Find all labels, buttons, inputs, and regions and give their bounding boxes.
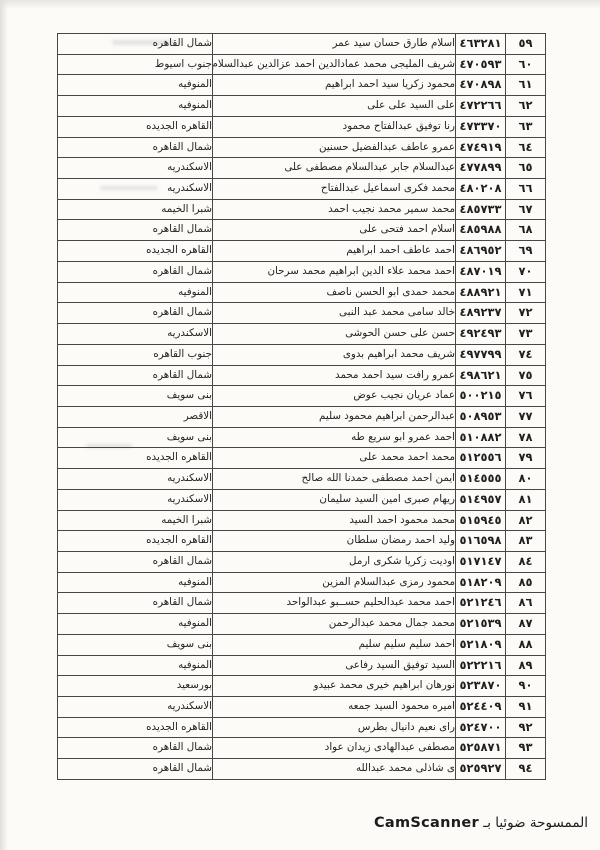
table-row: ٧٤٤٩٧٧٩٩شريف محمد ابراهيم بدوىجنوب القاه… xyxy=(58,344,546,365)
region-cell: المنوفيه xyxy=(58,96,213,117)
id-number-cell: ٥١٥٩٤٥ xyxy=(456,510,506,531)
name-cell: السيد توفيق السيد رفاعى xyxy=(213,655,456,676)
row-number-cell: ٨١ xyxy=(506,489,546,510)
id-number-cell: ٤٩٨٦٢١ xyxy=(456,365,506,386)
table-row: ٨٤٥١٧١٤٧اوديت زكريا شكرى ارملشمال القاهر… xyxy=(58,551,546,572)
name-cell: احمد محمد عبدالحليم حســبو عبدالواحد xyxy=(213,593,456,614)
table-row: ٧٩٥١٢٥٥٦محمد احمد محمد علىالقاهره الجديد… xyxy=(58,448,546,469)
camscanner-footer: الممسوحة ضوئيا بـ CamScanner xyxy=(374,815,588,831)
row-number-cell: ٨٥ xyxy=(506,572,546,593)
id-number-cell: ٥٠٠٢١٥ xyxy=(456,386,506,407)
table-row: ٩٢٥٢٤٧٠٠راى نعيم دانيال بطرسالقاهره الجد… xyxy=(58,717,546,738)
row-number-cell: ٥٩ xyxy=(506,34,546,55)
region-cell: شمال القاهره xyxy=(58,137,213,158)
id-number-cell: ٤٨٦٩٥٢ xyxy=(456,241,506,262)
id-number-cell: ٥٢٥٨٧١ xyxy=(456,738,506,759)
region-cell: شبرا الخيمه xyxy=(58,510,213,531)
name-cell: عمرو رافت سيد احمد محمد xyxy=(213,365,456,386)
table-row: ٩٠٥٢٣٨٧٠نورهان ابراهيم خيرى محمد عبيدوبو… xyxy=(58,676,546,697)
region-cell: القاهره الجديده xyxy=(58,448,213,469)
name-cell: اسلام طارق حسان سيد عمر xyxy=(213,34,456,55)
region-cell: شمال القاهره xyxy=(58,759,213,780)
table-row: ٦٥٤٧٧٨٩٩عبدالسلام جابر عبدالسلام مصطفى ع… xyxy=(58,158,546,179)
region-cell: المنوفيه xyxy=(58,614,213,635)
region-cell: الاسكندريه xyxy=(58,179,213,200)
table-row: ٦٦٤٨٠٢٠٨محمد فكرى اسماعيل عبدالفتاحالاسك… xyxy=(58,179,546,200)
region-cell: القاهره الجديده xyxy=(58,717,213,738)
name-cell: خالد سامى محمد عبد النبى xyxy=(213,303,456,324)
name-cell: محمود رمزى عبدالسلام المزين xyxy=(213,572,456,593)
table-row: ٧١٤٨٨٩٢١محمد حمدى ابو الحسن ناصفالمنوفيه xyxy=(58,282,546,303)
id-number-cell: ٥١٦٥٩٨ xyxy=(456,531,506,552)
region-cell: شمال القاهره xyxy=(58,738,213,759)
row-number-cell: ٧٧ xyxy=(506,406,546,427)
id-number-cell: ٥١٠٨٨٢ xyxy=(456,427,506,448)
row-number-cell: ٨٨ xyxy=(506,634,546,655)
table-row: ٧٢٤٨٩٢٣٧خالد سامى محمد عبد النبىشمال الق… xyxy=(58,303,546,324)
table-row: ٦٢٤٧٢٢٦٦على السيد على علىالمنوفيه xyxy=(58,96,546,117)
id-number-cell: ٤٧٧٨٩٩ xyxy=(456,158,506,179)
row-number-cell: ٦٢ xyxy=(506,96,546,117)
roster-table: ٥٩٤٦٣٢٨١اسلام طارق حسان سيد عمرشمال القا… xyxy=(57,33,546,780)
name-cell: اوديت زكريا شكرى ارمل xyxy=(213,551,456,572)
name-cell: على السيد على على xyxy=(213,96,456,117)
row-number-cell: ٨٤ xyxy=(506,551,546,572)
table-row: ٧٦٥٠٠٢١٥عماد عريان نجيب عوضبنى سويف xyxy=(58,386,546,407)
id-number-cell: ٥٢١٢٤٦ xyxy=(456,593,506,614)
scanned-page: ٥٩٤٦٣٢٨١اسلام طارق حسان سيد عمرشمال القا… xyxy=(0,0,600,850)
region-cell: القاهره الجديده xyxy=(58,531,213,552)
row-number-cell: ٧٠ xyxy=(506,261,546,282)
name-cell: ايمن احمد مصطفى حمدنا الله صالح xyxy=(213,469,456,490)
region-cell: المنوفيه xyxy=(58,655,213,676)
name-cell: محمود زكريا سيد احمد ابراهيم xyxy=(213,75,456,96)
table-row: ٨٦٥٢١٢٤٦احمد محمد عبدالحليم حســبو عبدال… xyxy=(58,593,546,614)
name-cell: احمد سليم سليم سليم xyxy=(213,634,456,655)
row-number-cell: ٧٣ xyxy=(506,324,546,345)
region-cell: الاسكندريه xyxy=(58,469,213,490)
table-row: ٦٧٤٨٥٧٣٣محمد سمير محمد نجيب احمدشبرا الخ… xyxy=(58,199,546,220)
region-cell: شمال القاهره xyxy=(58,593,213,614)
id-number-cell: ٥٢٣٨٧٠ xyxy=(456,676,506,697)
id-number-cell: ٥٢١٥٣٩ xyxy=(456,614,506,635)
id-number-cell: ٥١٤٥٥٥ xyxy=(456,469,506,490)
table-row: ٧٠٤٨٧٠١٩احمد محمد علاء الدين ابراهيم محم… xyxy=(58,261,546,282)
scanned-with-label: الممسوحة ضوئيا بـ xyxy=(483,815,588,831)
name-cell: احمد عمرو ابو سريع طه xyxy=(213,427,456,448)
region-cell: الاسكندريه xyxy=(58,697,213,718)
table-row: ٨٥٥١٨٢٠٩محمود رمزى عبدالسلام المزينالمنو… xyxy=(58,572,546,593)
table-row: ٦٩٤٨٦٩٥٢احمد عاطف احمد ابراهيمالقاهره ال… xyxy=(58,241,546,262)
region-cell: شبرا الخيمه xyxy=(58,199,213,220)
id-number-cell: ٥١٤٩٥٧ xyxy=(456,489,506,510)
region-cell: شمال القاهره xyxy=(58,365,213,386)
name-cell: اسلام احمد فتحى على xyxy=(213,220,456,241)
row-number-cell: ٨٧ xyxy=(506,614,546,635)
region-cell: الاسكندريه xyxy=(58,324,213,345)
row-number-cell: ٦٥ xyxy=(506,158,546,179)
name-cell: شريف محمد ابراهيم بدوى xyxy=(213,344,456,365)
name-cell: ريهام صبرى امين السيد سليمان xyxy=(213,489,456,510)
table-row: ٨٠٥١٤٥٥٥ايمن احمد مصطفى حمدنا الله صالحا… xyxy=(58,469,546,490)
region-cell: جنوب القاهره xyxy=(58,344,213,365)
table-row: ٦٨٤٨٥٩٨٨اسلام احمد فتحى علىشمال القاهره xyxy=(58,220,546,241)
table-row: ٨٩٥٢٢٢١٦السيد توفيق السيد رفاعىالمنوفيه xyxy=(58,655,546,676)
table-row: ٧٨٥١٠٨٨٢احمد عمرو ابو سريع طهبنى سويف xyxy=(58,427,546,448)
region-cell: المنوفيه xyxy=(58,75,213,96)
name-cell: حسن على حسن الحوشى xyxy=(213,324,456,345)
name-cell: وليد احمد رمضان سلطان xyxy=(213,531,456,552)
id-number-cell: ٥٢٤٧٠٠ xyxy=(456,717,506,738)
region-cell: الاسكندريه xyxy=(58,158,213,179)
row-number-cell: ٨٢ xyxy=(506,510,546,531)
row-number-cell: ٩٢ xyxy=(506,717,546,738)
row-number-cell: ٩٠ xyxy=(506,676,546,697)
id-number-cell: ٤٨٥٩٨٨ xyxy=(456,220,506,241)
table-row: ٦٣٤٧٣٣٧٠رنا توفيق عبدالفتاح محمودالقاهره… xyxy=(58,116,546,137)
region-cell: شمال القاهره xyxy=(58,220,213,241)
table-row: ٨٢٥١٥٩٤٥محمد محمود احمد السيدشبرا الخيمه xyxy=(58,510,546,531)
name-cell: احمد محمد علاء الدين ابراهيم محمد سرحان xyxy=(213,261,456,282)
name-cell: محمد احمد محمد على xyxy=(213,448,456,469)
id-number-cell: ٤٨٥٧٣٣ xyxy=(456,199,506,220)
name-cell: اميره محمود السيد جمعه xyxy=(213,697,456,718)
name-cell: محمد فكرى اسماعيل عبدالفتاح xyxy=(213,179,456,200)
row-number-cell: ٧٩ xyxy=(506,448,546,469)
row-number-cell: ٨٩ xyxy=(506,655,546,676)
id-number-cell: ٤٧٣٣٧٠ xyxy=(456,116,506,137)
id-number-cell: ٥١٧١٤٧ xyxy=(456,551,506,572)
row-number-cell: ٨٦ xyxy=(506,593,546,614)
id-number-cell: ٥١٨٢٠٩ xyxy=(456,572,506,593)
name-cell: احمد عاطف احمد ابراهيم xyxy=(213,241,456,262)
row-number-cell: ٨٠ xyxy=(506,469,546,490)
row-number-cell: ٦٠ xyxy=(506,54,546,75)
table-row: ٦٠٤٧٠٥٩٣شريف المليجى محمد عمادالدين احمد… xyxy=(58,54,546,75)
row-number-cell: ٧٥ xyxy=(506,365,546,386)
region-cell: شمال القاهره xyxy=(58,261,213,282)
table-row: ٩١٥٢٤٤٠٩اميره محمود السيد جمعهالاسكندريه xyxy=(58,697,546,718)
table-row: ٦١٤٧٠٨٩٨محمود زكريا سيد احمد ابراهيمالمن… xyxy=(58,75,546,96)
table-row: ٧٣٤٩٢٤٩٣حسن على حسن الحوشىالاسكندريه xyxy=(58,324,546,345)
table-row: ٥٩٤٦٣٢٨١اسلام طارق حسان سيد عمرشمال القا… xyxy=(58,34,546,55)
id-number-cell: ٤٧٢٢٦٦ xyxy=(456,96,506,117)
row-number-cell: ٧٢ xyxy=(506,303,546,324)
name-cell: راى نعيم دانيال بطرس xyxy=(213,717,456,738)
row-number-cell: ٦٣ xyxy=(506,116,546,137)
name-cell: محمد حمدى ابو الحسن ناصف xyxy=(213,282,456,303)
id-number-cell: ٥١٢٥٥٦ xyxy=(456,448,506,469)
name-cell: عمرو عاطف عبدالفضيل حسنين xyxy=(213,137,456,158)
region-cell: شمال القاهره xyxy=(58,551,213,572)
table-row: ٨١٥١٤٩٥٧ريهام صبرى امين السيد سليمانالاس… xyxy=(58,489,546,510)
row-number-cell: ٩١ xyxy=(506,697,546,718)
row-number-cell: ٦٤ xyxy=(506,137,546,158)
id-number-cell: ٤٩٢٤٩٣ xyxy=(456,324,506,345)
row-number-cell: ٧١ xyxy=(506,282,546,303)
name-cell: محمد محمود احمد السيد xyxy=(213,510,456,531)
id-number-cell: ٤٧٠٥٩٣ xyxy=(456,54,506,75)
region-cell: جنوب اسيوط xyxy=(58,54,213,75)
row-number-cell: ٦٦ xyxy=(506,179,546,200)
table-row: ٩٣٥٢٥٨٧١مصطفى عبدالهادى زيدان عوادشمال ا… xyxy=(58,738,546,759)
row-number-cell: ٧٤ xyxy=(506,344,546,365)
table-row: ٦٤٤٧٤٩١٩عمرو عاطف عبدالفضيل حسنينشمال ال… xyxy=(58,137,546,158)
table-row: ٧٧٥٠٨٩٥٣عبدالرحمن ابراهيم محمود سليمالاق… xyxy=(58,406,546,427)
name-cell: عماد عريان نجيب عوض xyxy=(213,386,456,407)
name-cell: محمد سمير محمد نجيب احمد xyxy=(213,199,456,220)
region-cell: بنى سويف xyxy=(58,386,213,407)
name-cell: نورهان ابراهيم خيرى محمد عبيدو xyxy=(213,676,456,697)
row-number-cell: ٦١ xyxy=(506,75,546,96)
id-number-cell: ٤٧٤٩١٩ xyxy=(456,137,506,158)
region-cell: الاقصر xyxy=(58,406,213,427)
id-number-cell: ٤٨٩٢٣٧ xyxy=(456,303,506,324)
id-number-cell: ٤٦٣٢٨١ xyxy=(456,34,506,55)
row-number-cell: ٩٣ xyxy=(506,738,546,759)
name-cell: ى شاذلى محمد عبدالله xyxy=(213,759,456,780)
name-cell: رنا توفيق عبدالفتاح محمود xyxy=(213,116,456,137)
camscanner-brand: CamScanner xyxy=(374,815,479,831)
row-number-cell: ٦٨ xyxy=(506,220,546,241)
region-cell: بنى سويف xyxy=(58,427,213,448)
roster-table-body: ٥٩٤٦٣٢٨١اسلام طارق حسان سيد عمرشمال القا… xyxy=(58,34,546,780)
name-cell: عبدالسلام جابر عبدالسلام مصطفى على xyxy=(213,158,456,179)
name-cell: مصطفى عبدالهادى زيدان عواد xyxy=(213,738,456,759)
id-number-cell: ٤٨٨٩٢١ xyxy=(456,282,506,303)
row-number-cell: ٦٩ xyxy=(506,241,546,262)
id-number-cell: ٤٧٠٨٩٨ xyxy=(456,75,506,96)
table-row: ٨٨٥٢١٨٠٩احمد سليم سليم سليمبنى سويف xyxy=(58,634,546,655)
scan-top-shadow xyxy=(0,0,600,9)
row-number-cell: ٨٣ xyxy=(506,531,546,552)
id-number-cell: ٥٢١٨٠٩ xyxy=(456,634,506,655)
id-number-cell: ٤٨٠٢٠٨ xyxy=(456,179,506,200)
scan-left-shadow xyxy=(0,0,8,850)
table-row: ٨٣٥١٦٥٩٨وليد احمد رمضان سلطانالقاهره الج… xyxy=(58,531,546,552)
region-cell: بورسعيد xyxy=(58,676,213,697)
id-number-cell: ٤٩٧٧٩٩ xyxy=(456,344,506,365)
region-cell: القاهره الجديده xyxy=(58,241,213,262)
name-cell: عبدالرحمن ابراهيم محمود سليم xyxy=(213,406,456,427)
id-number-cell: ٥٠٨٩٥٣ xyxy=(456,406,506,427)
region-cell: المنوفيه xyxy=(58,282,213,303)
name-cell: محمد جمال محمد عبدالرحمن xyxy=(213,614,456,635)
region-cell: شمال القاهره xyxy=(58,303,213,324)
table-row: ٨٧٥٢١٥٣٩محمد جمال محمد عبدالرحمنالمنوفيه xyxy=(58,614,546,635)
id-number-cell: ٥٢٢٢١٦ xyxy=(456,655,506,676)
id-number-cell: ٥٢٥٩٢٧ xyxy=(456,759,506,780)
row-number-cell: ٧٨ xyxy=(506,427,546,448)
name-cell: شريف المليجى محمد عمادالدين احمد عزالدين… xyxy=(213,54,456,75)
region-cell: شمال القاهره xyxy=(58,34,213,55)
id-number-cell: ٥٢٤٤٠٩ xyxy=(456,697,506,718)
row-number-cell: ٧٦ xyxy=(506,386,546,407)
table-row: ٧٥٤٩٨٦٢١عمرو رافت سيد احمد محمدشمال القا… xyxy=(58,365,546,386)
region-cell: المنوفيه xyxy=(58,572,213,593)
row-number-cell: ٩٤ xyxy=(506,759,546,780)
region-cell: الاسكندريه xyxy=(58,489,213,510)
row-number-cell: ٦٧ xyxy=(506,199,546,220)
region-cell: القاهره الجديده xyxy=(58,116,213,137)
table-row: ٩٤٥٢٥٩٢٧ى شاذلى محمد عبداللهشمال القاهره xyxy=(58,759,546,780)
id-number-cell: ٤٨٧٠١٩ xyxy=(456,261,506,282)
region-cell: بنى سويف xyxy=(58,634,213,655)
